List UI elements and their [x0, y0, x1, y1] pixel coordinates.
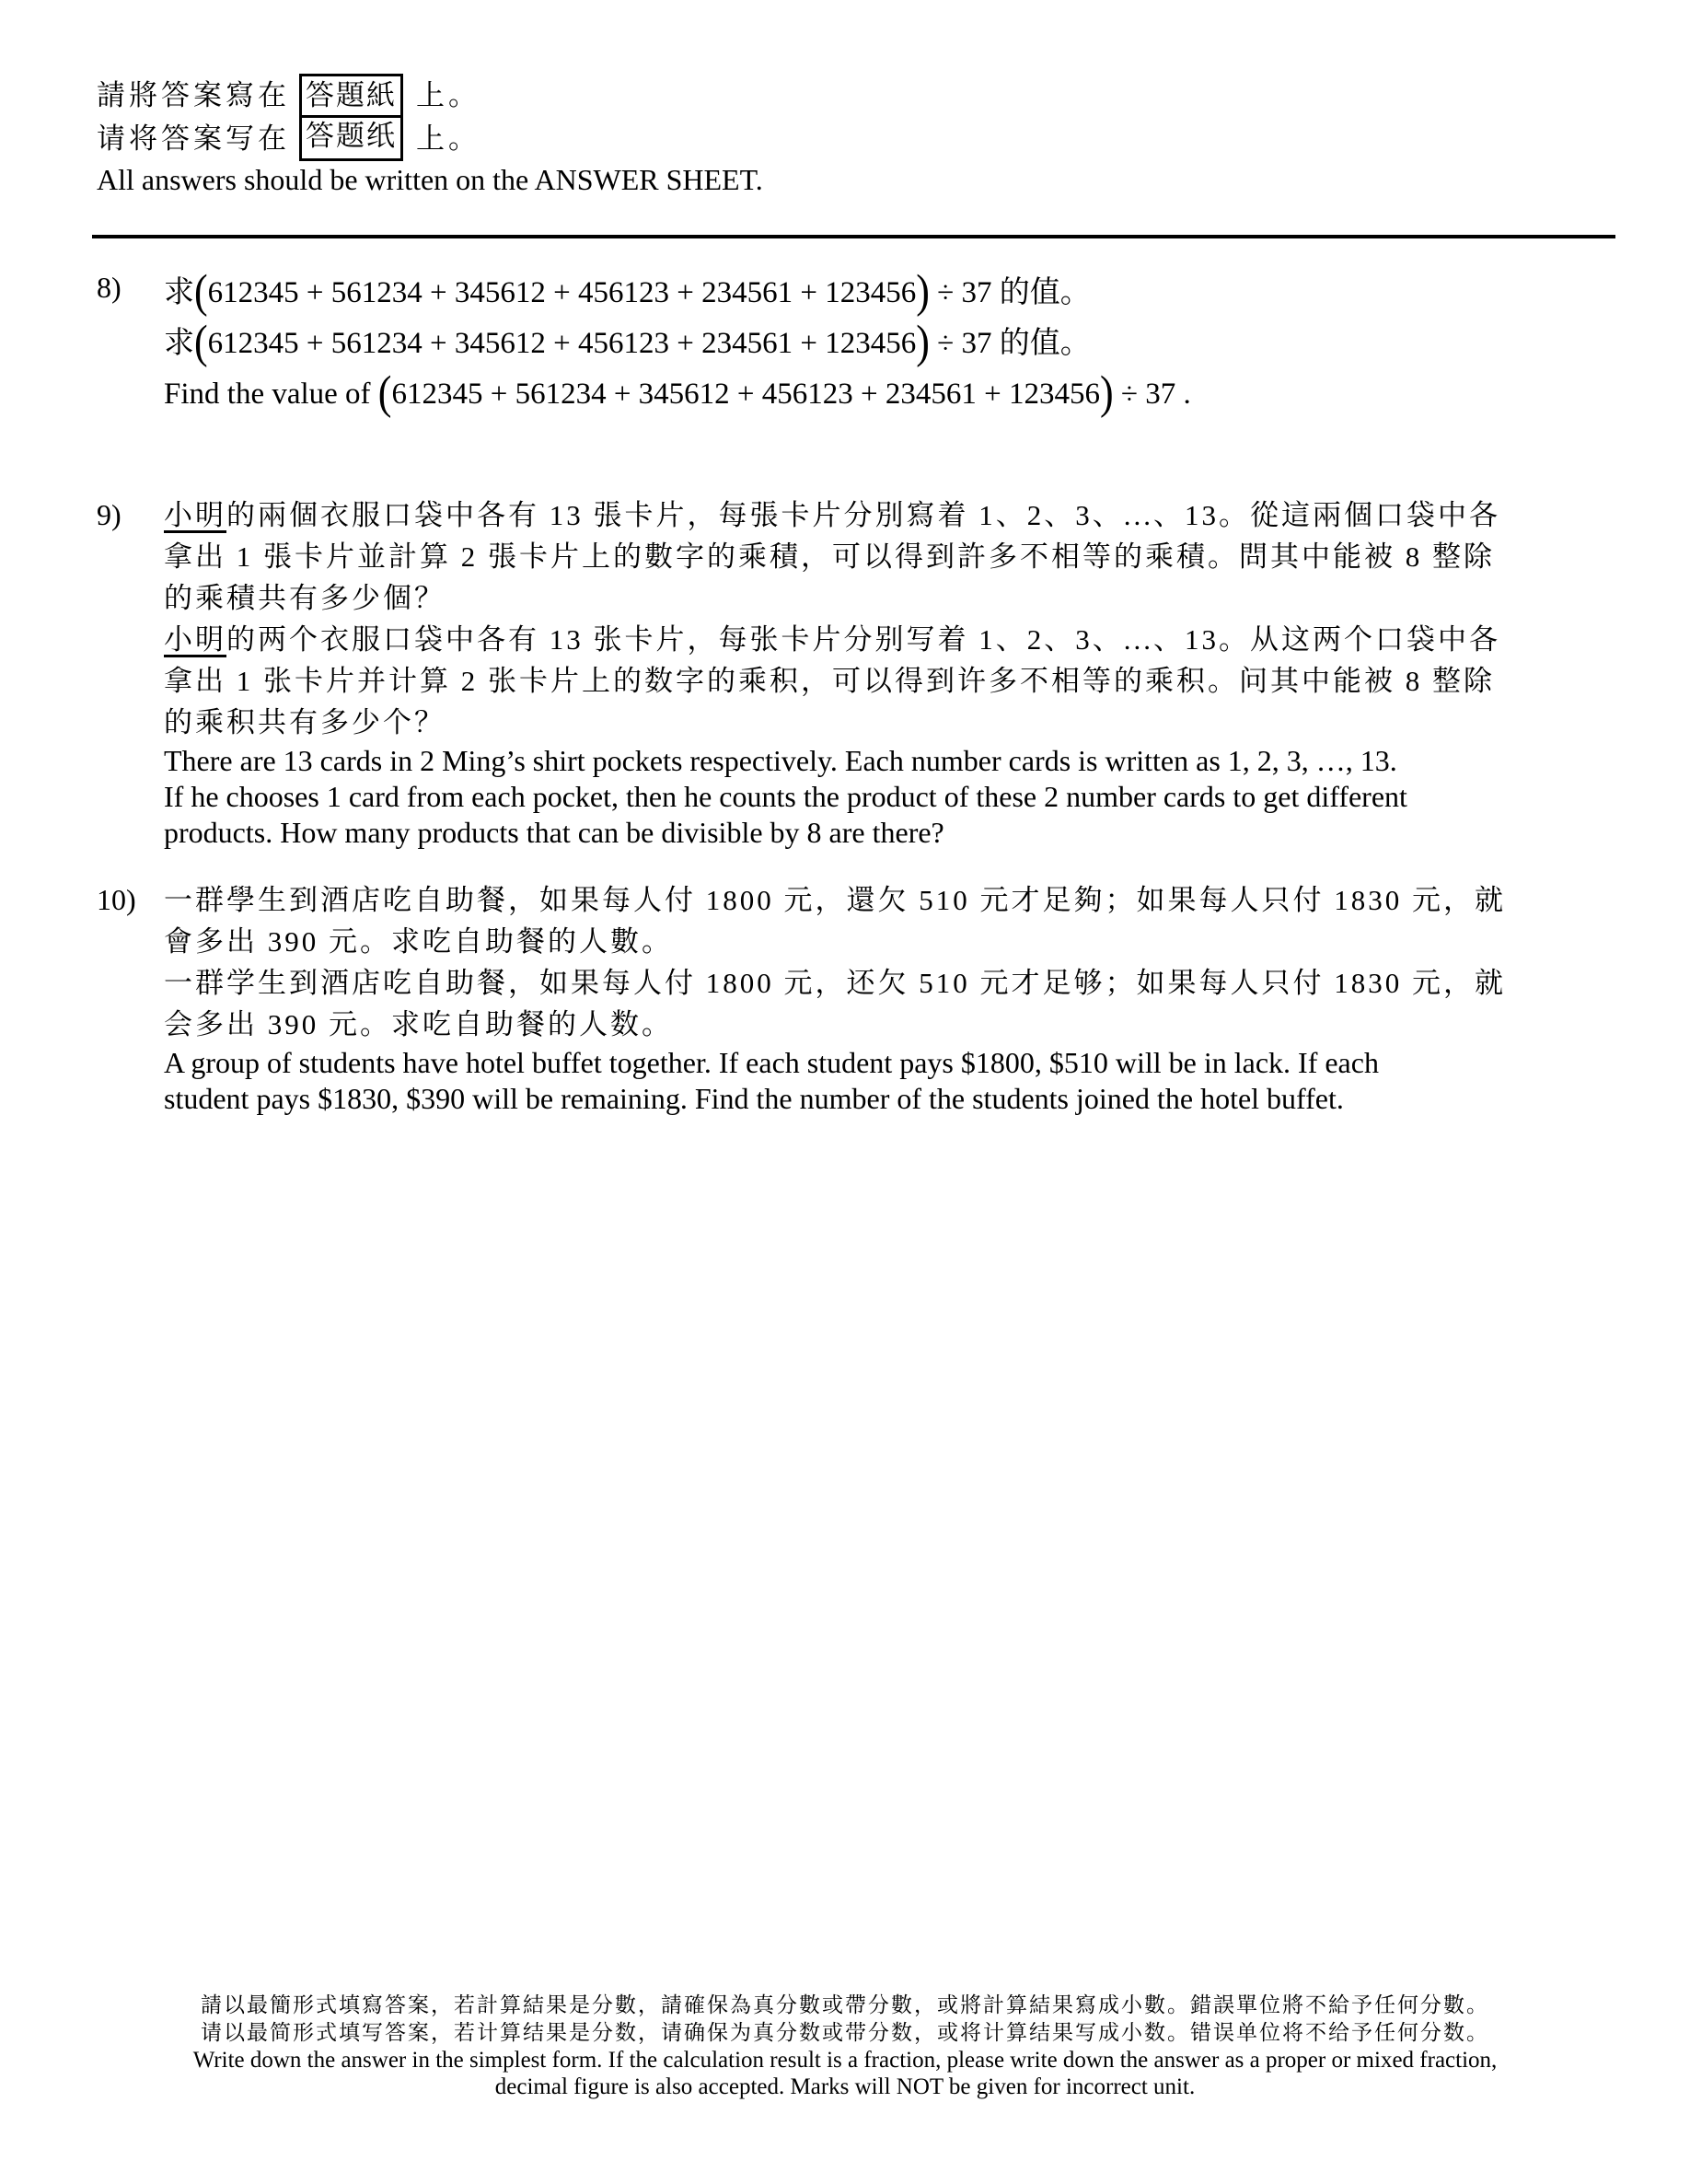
- close-paren: ): [916, 314, 930, 371]
- question-text-english-line-2: student pays $1830, $390 will be remaini…: [164, 1081, 1623, 1117]
- question-text-traditional-line-3: 的乘積共有多少個？: [164, 577, 1623, 619]
- instruction-suffix: 上。: [416, 74, 480, 117]
- text-span: 的两个衣服口袋中各有 13 张卡片，每张卡片分别写着 1、2、3、...、13。…: [226, 623, 1500, 656]
- text-prefix: 求: [164, 327, 194, 360]
- footer-simplified: 请以最简形式填写答案，若计算结果是分数，请确保为真分数或带分数，或将计算结果写成…: [92, 2019, 1598, 2047]
- question-body: 一群學生到酒店吃自助餐，如果每人付 1800 元，還欠 510 元才足夠；如果每…: [164, 879, 1623, 1117]
- math-expression: 612345 + 561234 + 345612 + 456123 + 2345…: [208, 276, 917, 309]
- underlined-name: 小明: [164, 623, 226, 656]
- text-suffix: ÷ 37 .: [1114, 378, 1191, 411]
- math-expression: 612345 + 561234 + 345612 + 456123 + 2345…: [391, 378, 1100, 411]
- text-span: 的兩個衣服口袋中各有 13 張卡片，每張卡片分別寫着 1、2、3、...、13。…: [226, 499, 1500, 531]
- question-number: 8): [97, 267, 122, 308]
- question-number: 10): [97, 879, 136, 921]
- question-text-traditional-line-1: 小明的兩個衣服口袋中各有 13 張卡片，每張卡片分別寫着 1、2、3、...、1…: [164, 494, 1623, 536]
- footer-traditional: 請以最簡形式填寫答案，若計算結果是分數，請確保為真分數或帶分數，或將計算結果寫成…: [92, 1992, 1598, 2019]
- question-text-simplified-line-1: 小明的两个衣服口袋中各有 13 张卡片，每张卡片分别写着 1、2、3、...、1…: [164, 619, 1623, 660]
- text-prefix: Find the value of: [164, 378, 378, 411]
- underlined-name: 小明: [164, 499, 226, 531]
- question-text-traditional-line-2: 會多出 390 元。求吃自助餐的人數。: [164, 921, 1623, 962]
- instruction-suffix: 上。: [416, 117, 480, 160]
- text-prefix: 求: [164, 276, 194, 309]
- answer-sheet-instructions: 請將答案寫在 答題紙 上。 请将答案写在 答题纸 上。 All answers …: [97, 74, 1615, 199]
- answer-sheet-box: 答题纸: [299, 117, 403, 161]
- question-text-english-line-2: If he chooses 1 card from each pocket, t…: [164, 779, 1623, 815]
- close-paren: ): [1100, 365, 1114, 422]
- question-text-english-line-1: A group of students have hotel buffet to…: [164, 1045, 1623, 1081]
- footer-english-line-2: decimal figure is also accepted. Marks w…: [92, 2074, 1598, 2100]
- question-body: 小明的兩個衣服口袋中各有 13 張卡片，每張卡片分別寫着 1、2、3、...、1…: [164, 494, 1623, 851]
- close-paren: ): [916, 263, 930, 320]
- question-text-english-line-3: products. How many products that can be …: [164, 815, 1623, 851]
- question-text-simplified-line-2: 拿出 1 张卡片并计算 2 张卡片上的数字的乘积，可以得到许多不相等的乘积。问其…: [164, 660, 1623, 702]
- footer-english-line-1: Write down the answer in the simplest fo…: [92, 2047, 1598, 2074]
- question-text-english-line-1: There are 13 cards in 2 Ming’s shirt poc…: [164, 743, 1623, 779]
- question-text-simplified-line-1: 一群学生到酒店吃自助餐，如果每人付 1800 元，还欠 510 元才足够；如果每…: [164, 962, 1623, 1004]
- question-text-traditional-line-1: 一群學生到酒店吃自助餐，如果每人付 1800 元，還欠 510 元才足夠；如果每…: [164, 879, 1623, 921]
- instruction-simplified: 请将答案写在 答题纸 上。: [97, 117, 1615, 160]
- open-paren: (: [194, 314, 208, 371]
- math-expression: 612345 + 561234 + 345612 + 456123 + 2345…: [208, 327, 917, 360]
- question-text-traditional: 求(612345 + 561234 + 345612 + 456123 + 23…: [164, 267, 1623, 318]
- question-text-simplified-line-2: 会多出 390 元。求吃自助餐的人数。: [164, 1004, 1623, 1045]
- question-body: 求(612345 + 561234 + 345612 + 456123 + 23…: [164, 267, 1623, 419]
- header-divider: [92, 235, 1615, 238]
- instruction-prefix: 请将答案写在: [97, 117, 290, 160]
- instruction-prefix: 請將答案寫在: [97, 74, 290, 117]
- instruction-traditional: 請將答案寫在 答題紙 上。: [97, 74, 1615, 117]
- exam-page: 請將答案寫在 答題紙 上。 请将答案写在 答题纸 上。 All answers …: [0, 0, 1690, 2184]
- answer-sheet-box: 答題紙: [299, 74, 403, 118]
- open-paren: (: [378, 365, 392, 422]
- question-text-traditional-line-2: 拿出 1 張卡片並計算 2 張卡片上的數字的乘積，可以得到許多不相等的乘積。問其…: [164, 536, 1623, 577]
- question-text-simplified: 求(612345 + 561234 + 345612 + 456123 + 23…: [164, 318, 1623, 368]
- question-text-english: Find the value of (612345 + 561234 + 345…: [164, 368, 1623, 419]
- text-suffix: ÷ 37 的值。: [930, 327, 1091, 360]
- open-paren: (: [194, 263, 208, 320]
- instruction-english: All answers should be written on the ANS…: [97, 160, 1615, 199]
- text-suffix: ÷ 37 的值。: [930, 276, 1091, 309]
- question-number: 9): [97, 494, 122, 536]
- footer-instructions: 請以最簡形式填寫答案，若計算結果是分數，請確保為真分數或帶分數，或將計算結果寫成…: [92, 1992, 1598, 2100]
- question-text-simplified-line-3: 的乘积共有多少个？: [164, 702, 1623, 743]
